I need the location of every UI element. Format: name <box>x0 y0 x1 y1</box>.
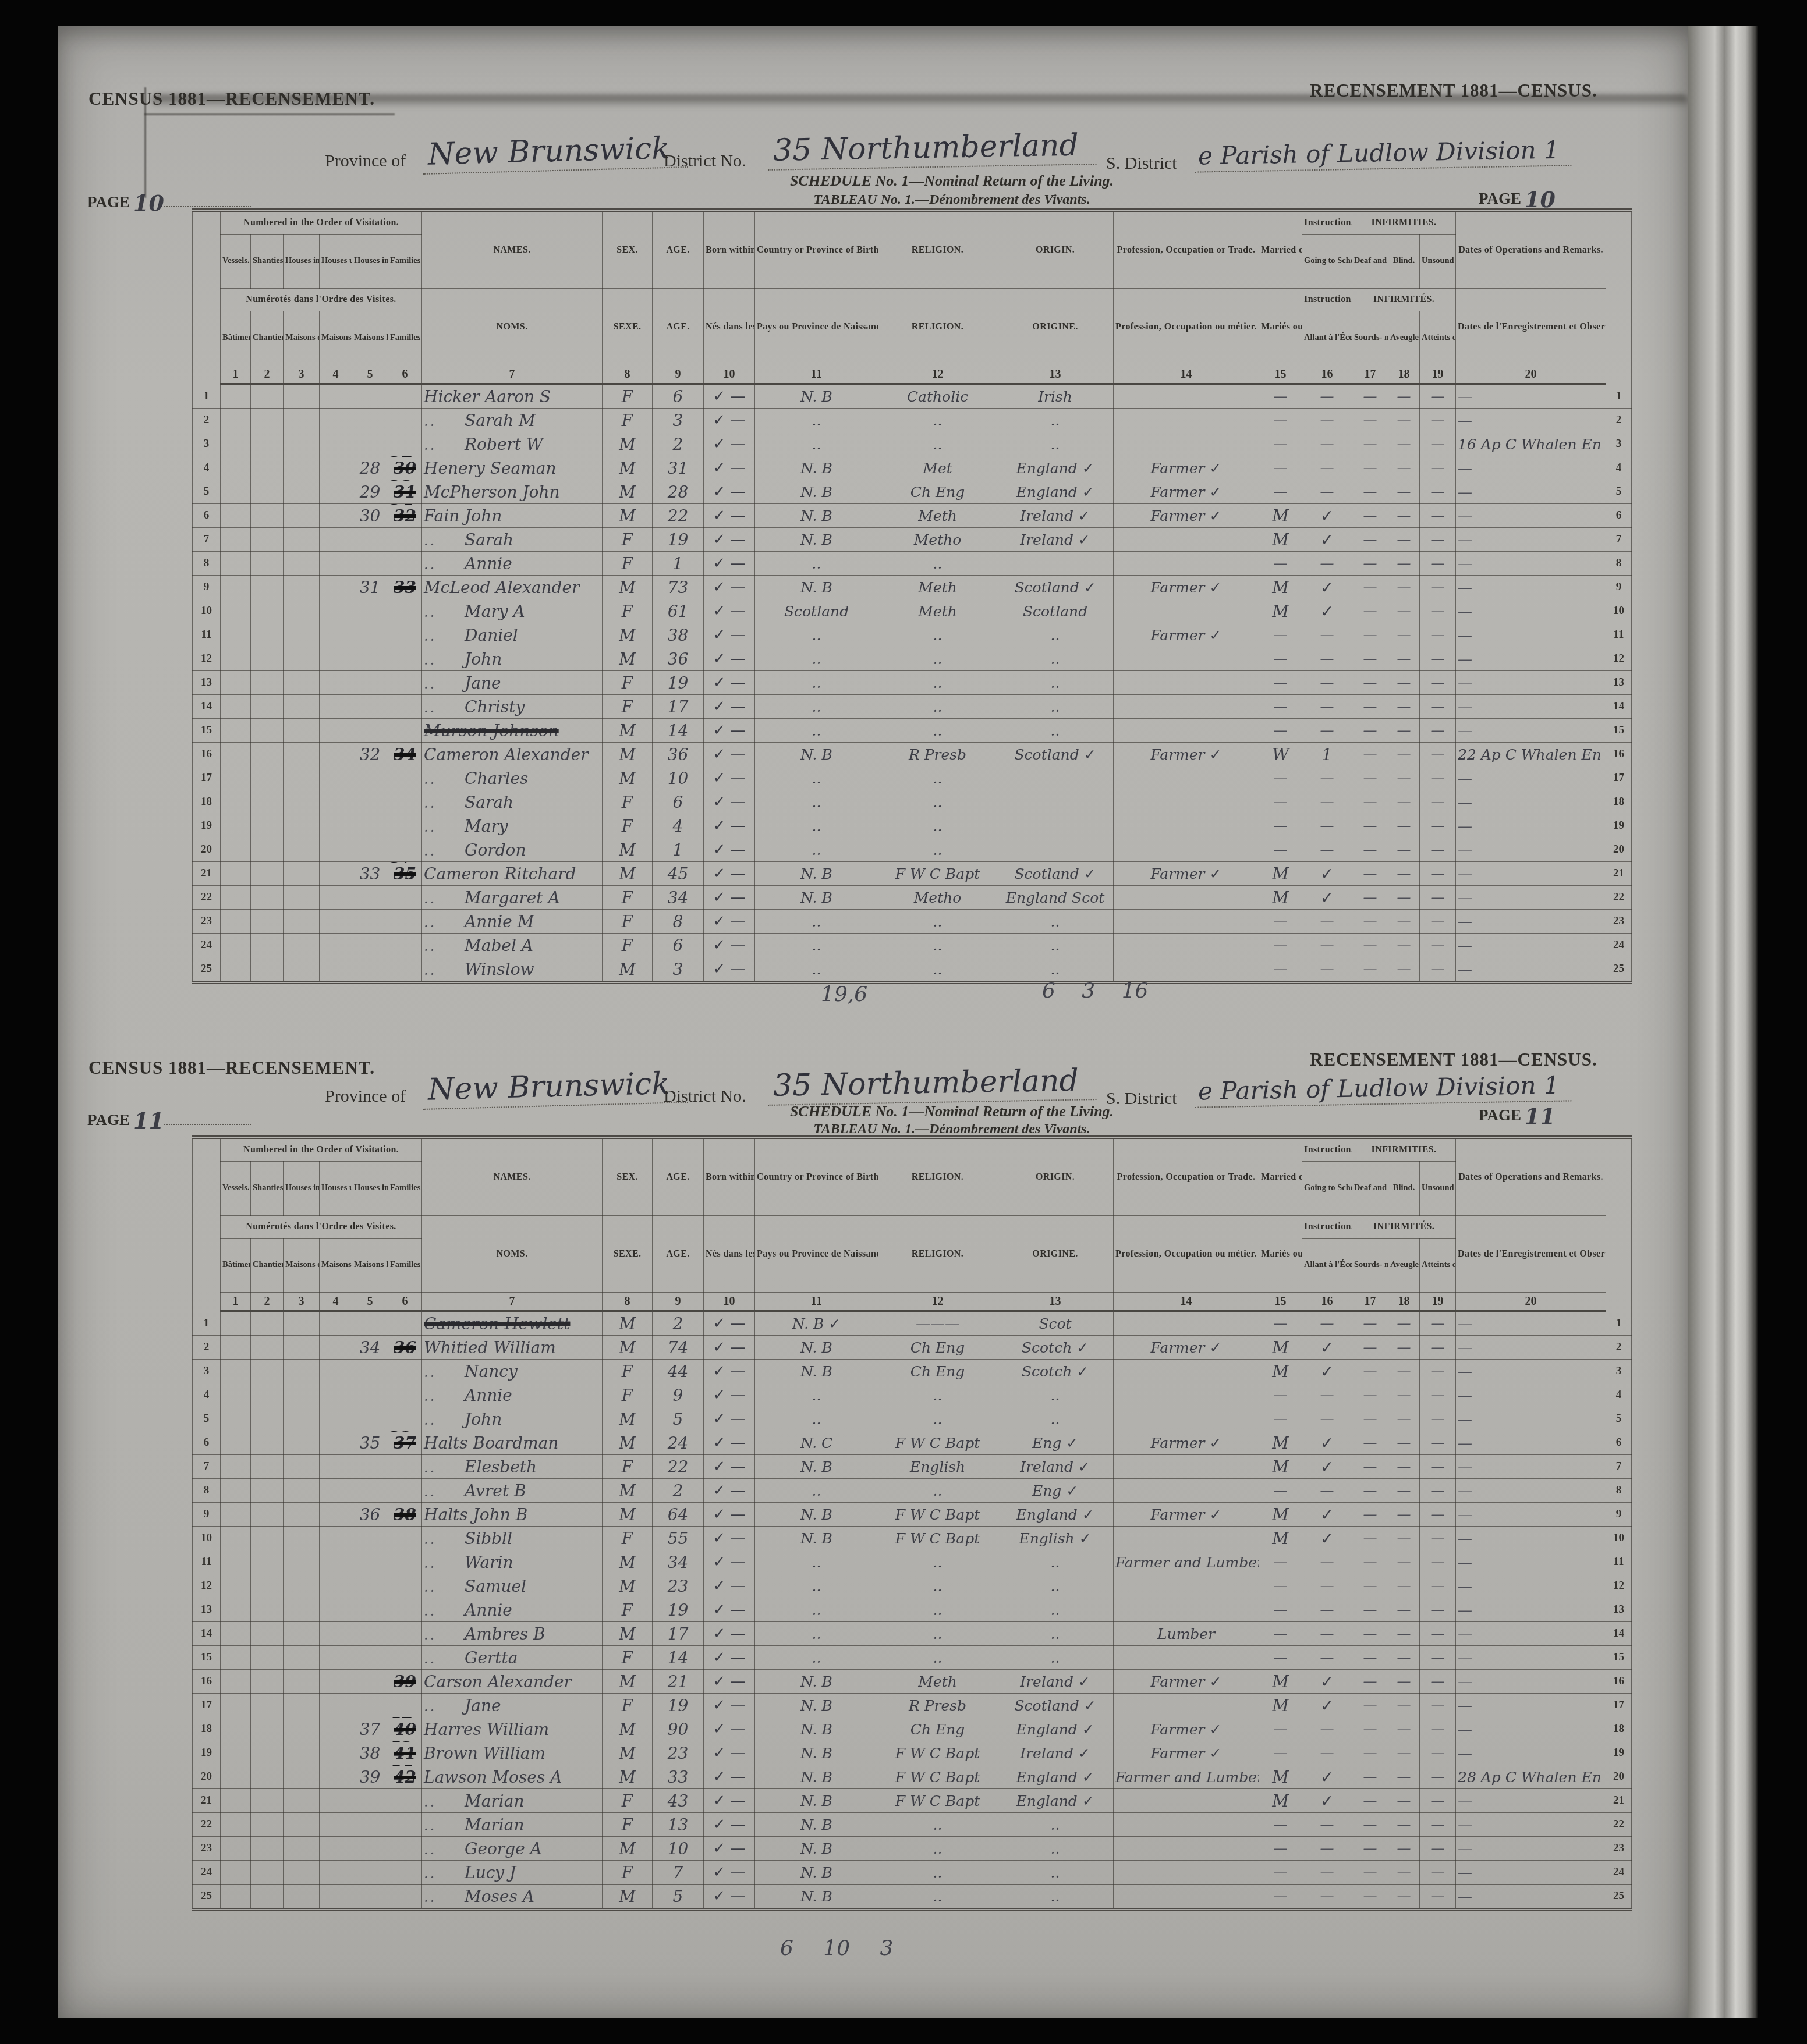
cell-c5: 38 <box>352 1741 388 1765</box>
cell-deaf: — <box>1352 1789 1388 1813</box>
cell-c5 <box>352 957 388 983</box>
cell-blind: — <box>1388 838 1420 862</box>
row-number-left: 22 <box>193 1813 221 1837</box>
cell-remarks: — <box>1456 528 1606 552</box>
row-number-left: 19 <box>193 1741 221 1765</box>
cell-remarks: — <box>1456 1336 1606 1360</box>
cell-c6 <box>388 1861 422 1885</box>
cell-c2 <box>251 552 284 576</box>
cell-married: — <box>1259 671 1302 695</box>
cell-c4 <box>320 1407 352 1431</box>
cell-deaf: — <box>1352 1861 1388 1885</box>
cell-c4 <box>320 1479 352 1503</box>
cell-c5 <box>352 552 388 576</box>
cell-c3 <box>284 528 320 552</box>
cell-c5 <box>352 1885 388 1910</box>
census-record-row: 8..AnnieF1✓ —....——————8 <box>193 552 1632 576</box>
row-number-left: 3 <box>193 432 221 456</box>
cell-birth: N. B <box>755 1813 878 1837</box>
cell-remarks: — <box>1456 1550 1606 1574</box>
cell-c2 <box>251 1311 284 1336</box>
census-record-row: 11..DanielM38✓ —......Farmer ✓——————11 <box>193 623 1632 647</box>
cell-school: — <box>1302 1311 1352 1336</box>
row-number-right: 7 <box>1606 1455 1632 1479</box>
cell-origin: Eng ✓ <box>997 1479 1114 1503</box>
cell-occ <box>1114 528 1259 552</box>
cell-b12: ✓ — <box>704 528 755 552</box>
cell-religion: .. <box>878 719 997 743</box>
row-number-right: 2 <box>1606 409 1632 432</box>
cell-origin: .. <box>997 647 1114 671</box>
cell-c2 <box>251 838 284 862</box>
cell-origin <box>997 838 1114 862</box>
cell-school: ✓ <box>1302 1336 1352 1360</box>
cell-c5 <box>352 1670 388 1694</box>
cell-c5 <box>352 886 388 910</box>
cell-unsound: — <box>1420 1503 1456 1527</box>
census-table-page-10: Numbered in the Order of Visitation.NAME… <box>192 208 1632 984</box>
cell-c2 <box>251 599 284 623</box>
cell-c5 <box>352 1789 388 1813</box>
cell-c3 <box>284 1431 320 1455</box>
cell-married: — <box>1259 790 1302 814</box>
cell-blind: — <box>1388 576 1420 599</box>
cell-sex: M <box>603 1885 653 1910</box>
cell-c1 <box>221 599 251 623</box>
cell-c3 <box>284 623 320 647</box>
cell-name: ..Mary <box>422 814 603 838</box>
cell-c4 <box>320 1431 352 1455</box>
cell-school: — <box>1302 480 1352 504</box>
cell-c4 <box>320 1622 352 1646</box>
cell-school: — <box>1302 1717 1352 1741</box>
cell-name: ..Gertta <box>422 1646 603 1670</box>
cell-c6: 4442 <box>388 1765 422 1789</box>
cell-c6: 4240 <box>388 1717 422 1741</box>
cell-sex: M <box>603 838 653 862</box>
cell-unsound: — <box>1420 384 1456 409</box>
row-number-right: 9 <box>1606 576 1632 599</box>
cell-school: ✓ <box>1302 576 1352 599</box>
census-title-right: RECENSEMENT 1881—CENSUS. <box>1310 80 1597 101</box>
remarks-column-header: Dates de l'Enregistrement et Observation… <box>1456 1216 1606 1293</box>
cell-age: 31 <box>653 456 704 480</box>
cell-deaf: — <box>1352 1311 1388 1336</box>
cell-name: Murson Johnson <box>422 719 603 743</box>
cell-remarks: — <box>1456 1574 1606 1598</box>
column-header: Mariés ou en Veuvage <box>1259 289 1302 365</box>
cell-c5 <box>352 647 388 671</box>
cell-school: — <box>1302 1885 1352 1910</box>
cell-c5 <box>352 695 388 719</box>
cell-blind: — <box>1388 1574 1420 1598</box>
cell-occ <box>1114 1407 1259 1431</box>
cell-name: ..Annie M <box>422 910 603 934</box>
cell-c4 <box>320 432 352 456</box>
cell-school: — <box>1302 910 1352 934</box>
cell-c4 <box>320 957 352 983</box>
cell-c2 <box>251 1527 284 1550</box>
cell-sex: F <box>603 1813 653 1837</box>
row-number-right: 18 <box>1606 790 1632 814</box>
cell-name: ..Christy <box>422 695 603 719</box>
cell-religion: Meth <box>878 599 997 623</box>
row-number-left: 24 <box>193 934 221 957</box>
cell-sex: M <box>603 1741 653 1765</box>
cell-school: — <box>1302 409 1352 432</box>
cell-c1 <box>221 886 251 910</box>
cell-c4 <box>320 504 352 528</box>
cell-b12: ✓ — <box>704 910 755 934</box>
cell-unsound: — <box>1420 528 1456 552</box>
cell-birth: .. <box>755 1598 878 1622</box>
cell-remarks: — <box>1456 1717 1606 1741</box>
cell-age: 22 <box>653 504 704 528</box>
cell-c5: 39 <box>352 1765 388 1789</box>
row-number-left: 6 <box>193 504 221 528</box>
census-page-10: CENSUS 1881—RECENSEMENT. RECENSEMENT 188… <box>58 58 1688 1027</box>
cell-c5 <box>352 1622 388 1646</box>
cell-age: 4 <box>653 814 704 838</box>
cell-c3 <box>284 1837 320 1861</box>
cell-blind: — <box>1388 1407 1420 1431</box>
cell-sex: M <box>603 1837 653 1861</box>
cell-religion: .. <box>878 1598 997 1622</box>
cell-origin: .. <box>997 934 1114 957</box>
cell-c2 <box>251 1741 284 1765</box>
cell-remarks: — <box>1456 409 1606 432</box>
cell-origin: Scotland <box>997 599 1114 623</box>
cell-married: — <box>1259 814 1302 838</box>
cell-unsound: — <box>1420 432 1456 456</box>
cell-c2 <box>251 647 284 671</box>
cell-birth: N. B <box>755 743 878 766</box>
cell-religion: Meth <box>878 504 997 528</box>
cell-age: 19 <box>653 1598 704 1622</box>
cell-school: — <box>1302 671 1352 695</box>
cell-c6: 3432 <box>388 504 422 528</box>
census-record-row: 1Cameron HewlettM2✓ —N. B ✓———Scot——————… <box>193 1311 1632 1336</box>
cell-deaf: — <box>1352 1550 1388 1574</box>
cell-occ: Farmer ✓ <box>1114 456 1259 480</box>
cell-occ <box>1114 432 1259 456</box>
cell-occ: Farmer ✓ <box>1114 1503 1259 1527</box>
cell-c3 <box>284 1407 320 1431</box>
cell-married: — <box>1259 647 1302 671</box>
cell-school: — <box>1302 1861 1352 1885</box>
cell-c5 <box>352 384 388 409</box>
cell-c4 <box>320 1311 352 1336</box>
cell-age: 55 <box>653 1527 704 1550</box>
cell-origin: .. <box>997 1407 1114 1431</box>
cell-origin: Ireland ✓ <box>997 1455 1114 1479</box>
cell-sex: F <box>603 528 653 552</box>
row-number-left: 25 <box>193 1885 221 1910</box>
cell-c4 <box>320 934 352 957</box>
cell-c4 <box>320 1383 352 1407</box>
cell-sex: F <box>603 695 653 719</box>
cell-c3 <box>284 671 320 695</box>
cell-b12: ✓ — <box>704 934 755 957</box>
row-number-right: 20 <box>1606 838 1632 862</box>
cell-b12: ✓ — <box>704 1527 755 1550</box>
cell-age: 36 <box>653 743 704 766</box>
column-number: 16 <box>1302 1293 1352 1311</box>
cell-c5 <box>352 1694 388 1717</box>
cell-unsound: — <box>1420 1574 1456 1598</box>
cell-birth: N. B <box>755 1885 878 1910</box>
cell-married: — <box>1259 432 1302 456</box>
cell-deaf: — <box>1352 1383 1388 1407</box>
cell-married: — <box>1259 1717 1302 1741</box>
cell-religion: .. <box>878 766 997 790</box>
cell-c6 <box>388 1598 422 1622</box>
cell-occ: Farmer ✓ <box>1114 743 1259 766</box>
cell-deaf: — <box>1352 552 1388 576</box>
cell-age: 28 <box>653 480 704 504</box>
cell-deaf: — <box>1352 647 1388 671</box>
cell-age: 2 <box>653 1311 704 1336</box>
row-number-right: 14 <box>1606 695 1632 719</box>
cell-married: M <box>1259 504 1302 528</box>
cell-birth: N. B <box>755 384 878 409</box>
row-number-left: 20 <box>193 838 221 862</box>
going-to-school-header: Allant à l'École. <box>1302 1239 1352 1293</box>
column-number: 2 <box>251 365 284 384</box>
cell-c1 <box>221 1646 251 1670</box>
cell-c3 <box>284 886 320 910</box>
cell-age: 14 <box>653 1646 704 1670</box>
cell-birth: N. B <box>755 576 878 599</box>
cell-c2 <box>251 766 284 790</box>
row-number-left: 24 <box>193 1861 221 1885</box>
cell-blind: — <box>1388 1741 1420 1765</box>
column-number: 3 <box>284 365 320 384</box>
cell-unsound: — <box>1420 862 1456 886</box>
cell-b12: ✓ — <box>704 552 755 576</box>
cell-married: M <box>1259 1789 1302 1813</box>
cell-c6 <box>388 1574 422 1598</box>
census-record-row: 25..Moses AM5✓ —N. B....——————25 <box>193 1885 1632 1910</box>
cell-married: — <box>1259 910 1302 934</box>
cell-origin: Ireland ✓ <box>997 1670 1114 1694</box>
cell-religion: Ch Eng <box>878 1360 997 1383</box>
cell-age: 23 <box>653 1574 704 1598</box>
visitation-group-header: Numbered in the Order of Visitation. <box>221 210 422 235</box>
cell-c1 <box>221 934 251 957</box>
cell-c3 <box>284 1574 320 1598</box>
cell-religion: Catholic <box>878 384 997 409</box>
cell-c5: 36 <box>352 1503 388 1527</box>
cell-unsound: — <box>1420 719 1456 743</box>
cell-c1 <box>221 1765 251 1789</box>
census-record-row: 14..Ambres BM17✓ —......Lumber——————14 <box>193 1622 1632 1646</box>
cell-name: Harres William <box>422 1717 603 1741</box>
cell-c6 <box>388 1383 422 1407</box>
cell-c1 <box>221 480 251 504</box>
cell-origin: .. <box>997 1885 1114 1910</box>
cell-c1 <box>221 814 251 838</box>
column-number: 9 <box>653 1293 704 1311</box>
column-header: Married or Widowed <box>1259 210 1302 289</box>
cell-remarks: — <box>1456 647 1606 671</box>
cell-age: 6 <box>653 790 704 814</box>
cell-deaf: — <box>1352 1431 1388 1455</box>
cell-unsound: — <box>1420 766 1456 790</box>
row-number-left: 18 <box>193 1717 221 1741</box>
cell-c2 <box>251 1455 284 1479</box>
cell-sex: F <box>603 552 653 576</box>
cell-age: 3 <box>653 957 704 983</box>
cell-blind: — <box>1388 1550 1420 1574</box>
cell-remarks: — <box>1456 1789 1606 1813</box>
cell-unsound: — <box>1420 886 1456 910</box>
cell-deaf: — <box>1352 790 1388 814</box>
cell-c4 <box>320 1885 352 1910</box>
cell-deaf: — <box>1352 599 1388 623</box>
cell-b12: ✓ — <box>704 957 755 983</box>
cell-c6 <box>388 1837 422 1861</box>
cell-occ: Farmer ✓ <box>1114 1717 1259 1741</box>
cell-remarks: — <box>1456 814 1606 838</box>
cell-b12: ✓ — <box>704 1503 755 1527</box>
row-number-left: 21 <box>193 1789 221 1813</box>
visitation-group-header: Numbered in the Order of Visitation. <box>221 1137 422 1162</box>
census-record-row: 4283230Henery SeamanM31✓ —N. BMetEngland… <box>193 456 1632 480</box>
cell-name: ..Sarah M <box>422 409 603 432</box>
cell-c3 <box>284 1622 320 1646</box>
column-header: Maisons in- habitées. <box>320 311 352 365</box>
census-record-row: 21333735Cameron RitchardM45✓ —N. BF W C … <box>193 862 1632 886</box>
row-number-right: 17 <box>1606 1694 1632 1717</box>
census-record-row: 10..Mary AF61✓ —ScotlandMethScotlandM✓——… <box>193 599 1632 623</box>
cell-c5 <box>352 1813 388 1837</box>
cell-c5 <box>352 1598 388 1622</box>
page-binding-edge <box>1688 26 1758 2018</box>
cell-c2 <box>251 576 284 599</box>
cell-b12: ✓ — <box>704 1837 755 1861</box>
cell-c5: 37 <box>352 1717 388 1741</box>
cell-blind: — <box>1388 432 1420 456</box>
cell-married: M <box>1259 528 1302 552</box>
cell-name: ..Samuel <box>422 1574 603 1598</box>
cell-origin: Ireland ✓ <box>997 1741 1114 1765</box>
cell-sex: M <box>603 576 653 599</box>
cell-unsound: — <box>1420 1598 1456 1622</box>
cell-c6 <box>388 886 422 910</box>
cell-birth: N. B <box>755 1789 878 1813</box>
instruction-group-header: Instruction. <box>1302 210 1352 235</box>
cell-b12: ✓ — <box>704 480 755 504</box>
cell-deaf: — <box>1352 743 1388 766</box>
cell-married: — <box>1259 1479 1302 1503</box>
cell-origin: England Scot <box>997 886 1114 910</box>
cell-origin: Scot <box>997 1311 1114 1336</box>
cell-c1 <box>221 528 251 552</box>
column-header: Shanties. <box>251 235 284 289</box>
column-header: Nés dans les douze derniers mois. <box>704 1216 755 1293</box>
cell-remarks: — <box>1456 1383 1606 1407</box>
cell-deaf: — <box>1352 910 1388 934</box>
cell-married: M <box>1259 1455 1302 1479</box>
cell-married: — <box>1259 1574 1302 1598</box>
cell-religion: .. <box>878 671 997 695</box>
cell-unsound: — <box>1420 647 1456 671</box>
row-number-left: 6 <box>193 1431 221 1455</box>
census-record-row: 8..Avret BM2✓ —....Eng ✓——————8 <box>193 1479 1632 1503</box>
cell-blind: — <box>1388 1527 1420 1550</box>
column-header: Aveugles <box>1388 311 1420 365</box>
cell-birth: .. <box>755 957 878 983</box>
cell-name: McPherson John <box>422 480 603 504</box>
cell-c3 <box>284 1885 320 1910</box>
cell-school: ✓ <box>1302 1694 1352 1717</box>
cell-c4 <box>320 910 352 934</box>
column-header: Houses unin- habited. <box>320 1162 352 1216</box>
cell-school: — <box>1302 1383 1352 1407</box>
cell-c5 <box>352 409 388 432</box>
cell-name: Cameron Alexander <box>422 743 603 766</box>
cell-c1 <box>221 1550 251 1574</box>
cell-sex: F <box>603 1455 653 1479</box>
cell-birth: N. B <box>755 1837 878 1861</box>
column-header: Married or Widowed <box>1259 1137 1302 1216</box>
cell-c6 <box>388 1407 422 1431</box>
cell-age: 2 <box>653 432 704 456</box>
cell-c2 <box>251 1670 284 1694</box>
census-record-row: 22..MarianF13✓ —N. B....——————22 <box>193 1813 1632 1837</box>
cell-religion: .. <box>878 432 997 456</box>
cell-blind: — <box>1388 1383 1420 1407</box>
cell-birth: .. <box>755 719 878 743</box>
cell-remarks: — <box>1456 384 1606 409</box>
cell-school: — <box>1302 1646 1352 1670</box>
cell-c1 <box>221 743 251 766</box>
cell-married: M <box>1259 599 1302 623</box>
cell-birth: N. B <box>755 1741 878 1765</box>
cell-c6: 4341 <box>388 1741 422 1765</box>
cell-occ: Lumber <box>1114 1622 1259 1646</box>
column-number: 9 <box>653 365 704 384</box>
cell-blind: — <box>1388 1837 1420 1861</box>
cell-deaf: — <box>1352 1503 1388 1527</box>
cell-name: ..Marian <box>422 1813 603 1837</box>
cell-birth: N. B <box>755 1717 878 1741</box>
cell-c2 <box>251 528 284 552</box>
cell-name: Brown William <box>422 1741 603 1765</box>
census-record-row: 7..SarahF19✓ —N. BMethoIreland ✓M✓————7 <box>193 528 1632 552</box>
cell-sex: M <box>603 1431 653 1455</box>
cell-b12: ✓ — <box>704 1360 755 1383</box>
cell-c4 <box>320 1670 352 1694</box>
cell-c6 <box>388 838 422 862</box>
cell-c1 <box>221 456 251 480</box>
column-number: 14 <box>1114 1293 1259 1311</box>
row-number-right: 12 <box>1606 647 1632 671</box>
cell-c2 <box>251 1550 284 1574</box>
cell-b12: ✓ — <box>704 384 755 409</box>
cell-blind: — <box>1388 766 1420 790</box>
cell-unsound: — <box>1420 599 1456 623</box>
cell-name: ..John <box>422 647 603 671</box>
cell-c1 <box>221 766 251 790</box>
infirmities-group-header: INFIRMITIES. <box>1352 1137 1456 1162</box>
cell-c2 <box>251 1789 284 1813</box>
cell-c1 <box>221 1717 251 1741</box>
cell-religion: .. <box>878 409 997 432</box>
cell-age: 45 <box>653 862 704 886</box>
cell-married: M <box>1259 1694 1302 1717</box>
